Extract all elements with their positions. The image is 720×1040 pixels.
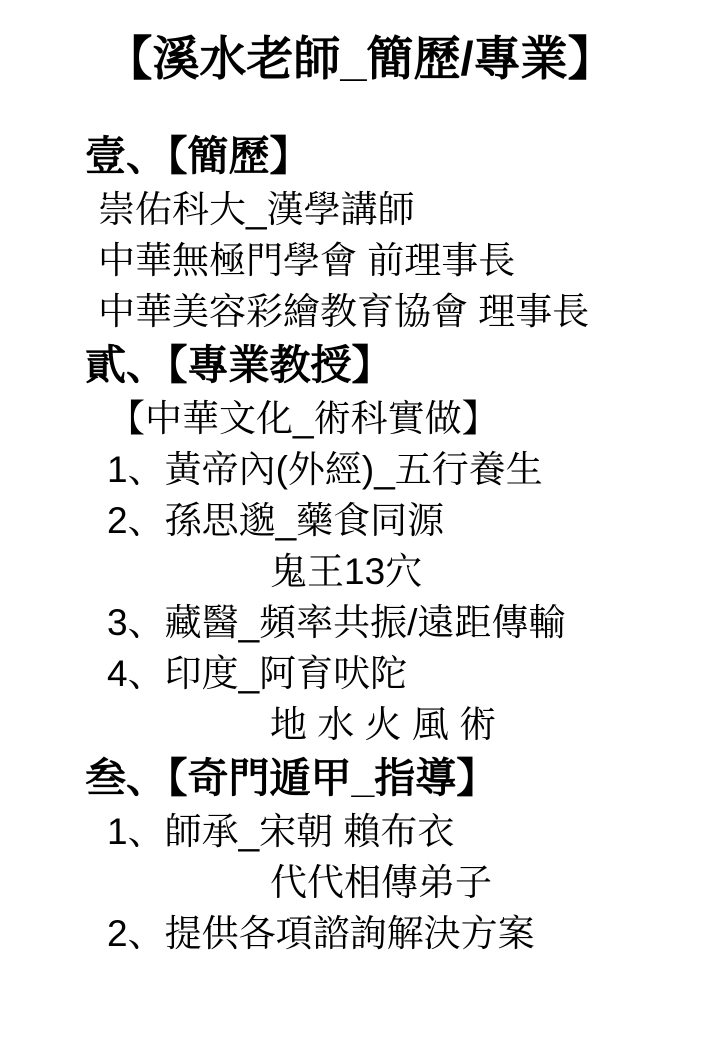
section-heading-qimen: 叁、【奇門遁甲_指導】 <box>85 750 710 806</box>
resume-item-lecturer: 崇佑科大_漢學講師 <box>98 184 710 235</box>
qimen-item-1-continuation: 代代相傳弟子 <box>270 857 710 908</box>
qimen-item-1: 1、師承_宋朝 賴布衣 <box>107 806 710 857</box>
teaching-item-3: 3、藏醫_頻率共振/遠距傳輸 <box>107 597 710 648</box>
section-heading-resume: 壹、【簡歷】 <box>85 128 710 184</box>
document-page: 【溪水老師_簡歷/專業】 壹、【簡歷】 崇佑科大_漢學講師 中華無極門學會 前理… <box>0 0 720 1040</box>
teaching-item-2: 2、孫思邈_藥食同源 <box>107 495 710 546</box>
resume-item-former-chairman: 中華無極門學會 前理事長 <box>98 235 710 286</box>
qimen-item-2: 2、提供各項諮詢解決方案 <box>107 908 710 959</box>
teaching-item-4-continuation: 地 水 火 風 術 <box>270 699 710 750</box>
page-title: 【溪水老師_簡歷/專業】 <box>0 26 720 92</box>
resume-item-chairman: 中華美容彩繪教育協會 理事長 <box>98 286 710 337</box>
document-body: 壹、【簡歷】 崇佑科大_漢學講師 中華無極門學會 前理事長 中華美容彩繪教育協會… <box>0 128 720 959</box>
teaching-item-1: 1、黃帝內(外經)_五行養生 <box>107 444 710 495</box>
teaching-subheading-chinese-culture: 【中華文化_術科實做】 <box>108 393 710 444</box>
teaching-item-4: 4、印度_阿育吠陀 <box>107 648 710 699</box>
teaching-item-2-continuation: 鬼王13穴 <box>270 546 710 597</box>
section-heading-teaching: 貳、【專業教授】 <box>85 337 710 393</box>
